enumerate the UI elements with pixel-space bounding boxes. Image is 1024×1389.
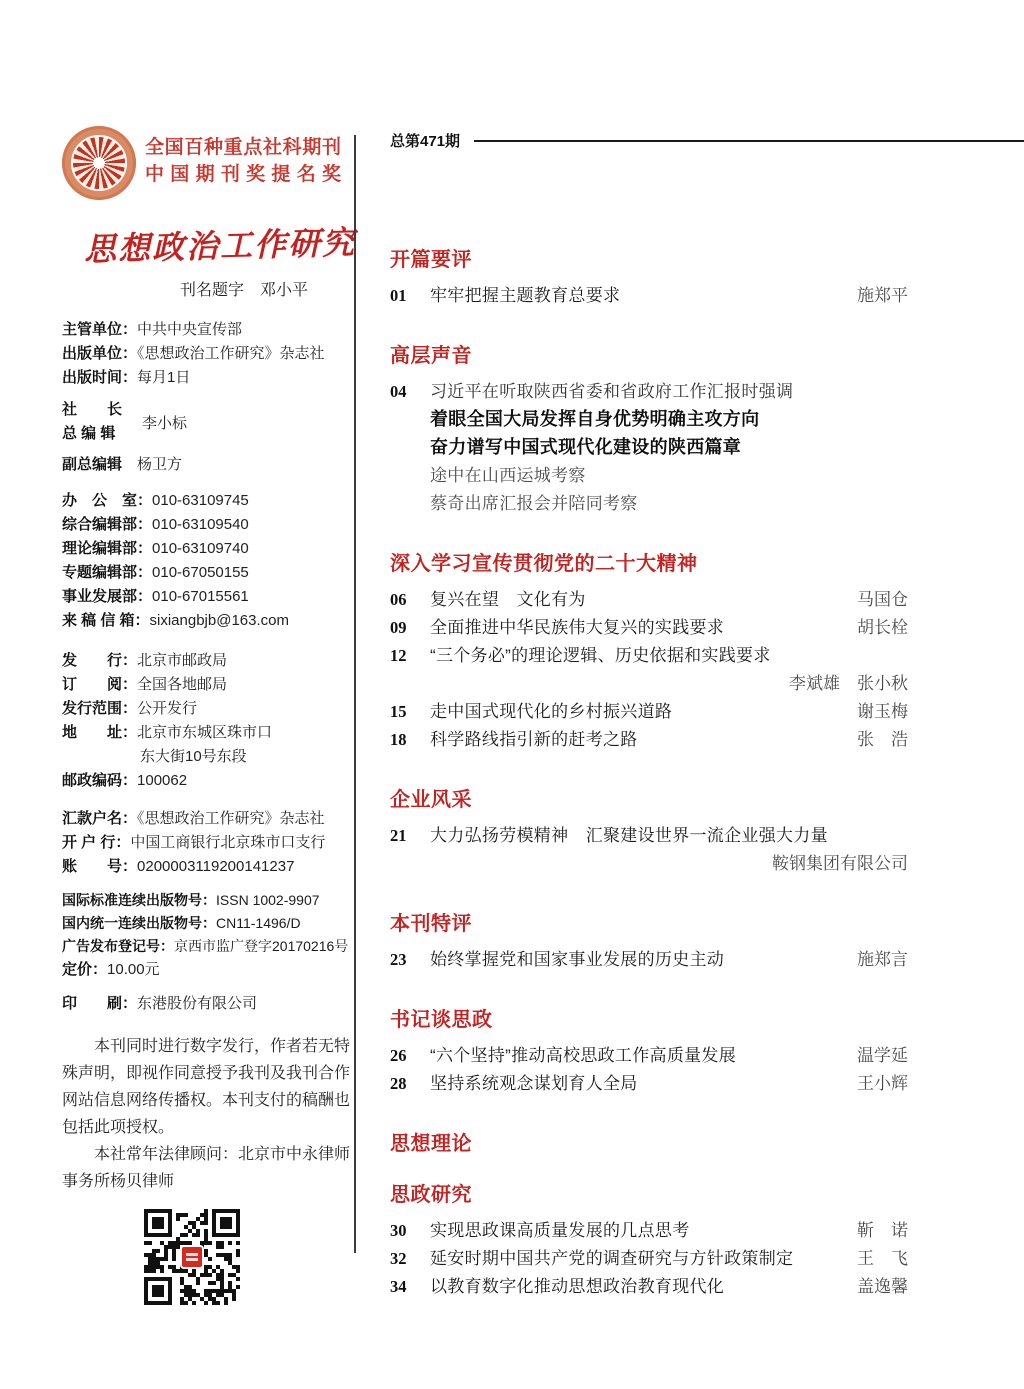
toc-entry[interactable]: 34以教育数字化推动思想政治教育现代化盖逸馨 xyxy=(390,1272,908,1300)
masthead-top: 全国百种重点社科期刊 中国期刊奖提名奖 xyxy=(62,126,350,200)
info-row: 发 行：北京市邮政局 xyxy=(62,649,350,673)
admin-info-group: 主管单位：中共中央宣传部 出版单位：《思想政治工作研究》杂志社 出版时间：每月1… xyxy=(62,318,350,390)
bank-group: 汇款户名：《思想政治工作研究》杂志社 开 户 行：中国工商银行北京珠市口支行 账… xyxy=(62,807,350,879)
article-title: 坚持系统观念谋划育人全局 xyxy=(430,1069,845,1094)
article-title: 以教育数字化推动思想政治教育现代化 xyxy=(430,1272,845,1297)
article-author: 鞍钢集团有限公司 xyxy=(772,849,908,874)
article-author: 张 浩 xyxy=(857,725,908,750)
price-row: 定价：10.00元 xyxy=(62,958,350,982)
page-number: 23 xyxy=(390,950,430,970)
section-heading: 思想理论 xyxy=(390,1127,908,1156)
section-heading: 思政研究 xyxy=(390,1178,908,1207)
article-author: 靳 诺 xyxy=(857,1216,908,1241)
page-number: 30 xyxy=(390,1221,430,1241)
info-row: 理论编辑部：010-63109740 xyxy=(62,537,350,561)
qr-code xyxy=(144,1209,240,1305)
page-number: 12 xyxy=(390,646,430,666)
role-chief-editor: 总 编 辑 xyxy=(62,422,122,446)
section-enterprise: 企业风采 21大力弘扬劳模精神 汇聚建设世界一流企业强大力量 鞍钢集团有限公司 xyxy=(390,783,908,877)
toc-entry[interactable]: 15走中国式现代化的乡村振兴道路谢玉梅 xyxy=(390,697,908,725)
article-title: 始终掌握党和国家事业发展的历史主动 xyxy=(430,945,845,970)
article-title: 实现思政课高质量发展的几点思考 xyxy=(430,1216,845,1241)
section-ideological-theory: 思想理论 xyxy=(390,1127,908,1156)
info-row: 事业发展部：010-67015561 xyxy=(62,585,350,609)
article-title: 全面推进中华民族伟大复兴的实践要求 xyxy=(430,613,845,638)
page-number: 28 xyxy=(390,1074,430,1094)
page-number: 09 xyxy=(390,618,430,638)
award-line-2: 中国期刊奖提名奖 xyxy=(145,161,341,188)
leader-name: 李小标 xyxy=(142,412,187,433)
article-title: 牢牢把握主题教育总要求 xyxy=(430,281,845,306)
legal-counsel-note: 本社常年法律顾问：北京市中永律师事务所杨贝律师 xyxy=(62,1141,350,1195)
section-heading: 高层声音 xyxy=(390,339,908,368)
page-number: 06 xyxy=(390,590,430,610)
toc-entry[interactable]: 奋力谱写中国式现代化建设的陕西篇章 xyxy=(390,433,908,461)
info-row: 开 户 行：中国工商银行北京珠市口支行 xyxy=(62,831,350,855)
deputy-editor-row: 副总编辑 杨卫方 xyxy=(62,453,350,477)
toc-entry[interactable]: 30实现思政课高质量发展的几点思考靳 诺 xyxy=(390,1216,908,1244)
section-opening-review: 开篇要评 01牢牢把握主题教育总要求施郑平 xyxy=(390,243,908,309)
toc-entry[interactable]: 途中在山西运城考察 xyxy=(390,461,908,489)
article-author: 王小辉 xyxy=(857,1069,908,1094)
article-author: 王 飞 xyxy=(857,1244,908,1269)
article-title: 科学路线指引新的赶考之路 xyxy=(430,725,845,750)
toc-entry[interactable]: 04习近平在听取陕西省委和省政府工作汇报时强调 xyxy=(390,377,908,405)
title-credit: 刊名题字 邓小平 xyxy=(62,277,350,300)
article-author: 施郑言 xyxy=(857,945,908,970)
role-president: 社 长 xyxy=(62,398,122,422)
page-number: 04 xyxy=(390,382,430,402)
toc-entry[interactable]: 23始终掌握党和国家事业发展的历史主动施郑言 xyxy=(390,945,908,973)
page-number: 32 xyxy=(390,1249,430,1269)
info-row-continuation: 东大街10号东段 xyxy=(62,745,350,769)
page-number: 26 xyxy=(390,1046,430,1066)
info-row: 汇款户名：《思想政治工作研究》杂志社 xyxy=(62,807,350,831)
article-title: 着眼全国大局发挥自身优势明确主攻方向 xyxy=(430,405,908,431)
info-row: 综合编辑部：010-63109540 xyxy=(62,513,350,537)
article-subnote: 蔡奇出席汇报会并陪同考察 xyxy=(430,489,908,514)
page-number: 01 xyxy=(390,286,430,306)
article-subnote: 途中在山西运城考察 xyxy=(430,461,908,486)
info-row: 主管单位：中共中央宣传部 xyxy=(62,318,350,342)
section-20th-congress-spirit: 深入学习宣传贯彻党的二十大精神 06复兴在望 文化有为马国仓 09全面推进中华民… xyxy=(390,547,908,753)
toc-author-line: 李斌雄 张小秋 xyxy=(390,669,908,697)
info-row: 专题编辑部：010-67050155 xyxy=(62,561,350,585)
article-author: 温学延 xyxy=(857,1041,908,1066)
leadership-group: 社 长 总 编 辑 李小标 xyxy=(62,398,350,446)
toc-author-line: 鞍钢集团有限公司 xyxy=(390,849,908,877)
table-of-contents: 开篇要评 01牢牢把握主题教育总要求施郑平 高层声音 04习近平在听取陕西省委和… xyxy=(390,243,908,1300)
issue-header: 总第471期 xyxy=(390,130,1024,151)
toc-entry[interactable]: 06复兴在望 文化有为马国仓 xyxy=(390,585,908,613)
toc-entry[interactable]: 蔡奇出席汇报会并陪同考察 xyxy=(390,489,908,517)
toc-entry[interactable]: 28坚持系统观念谋划育人全局王小辉 xyxy=(390,1069,908,1097)
section-heading: 开篇要评 xyxy=(390,243,908,272)
article-title: “三个务必”的理论逻辑、历史依据和实践要求 xyxy=(430,641,908,666)
toc-entry[interactable]: 32延安时期中国共产党的调查研究与方针政策制定王 飞 xyxy=(390,1244,908,1272)
info-row: 账 号：0200003119200141237 xyxy=(62,855,350,879)
toc-entry[interactable]: 01牢牢把握主题教育总要求施郑平 xyxy=(390,281,908,309)
toc-entry[interactable]: 21大力弘扬劳模精神 汇聚建设世界一流企业强大力量 xyxy=(390,821,908,849)
digital-rights-note: 本刊同时进行数字发行，作者若无特殊声明，即视作同意授予我刊及我刊合作网站信息网络… xyxy=(62,1033,350,1141)
award-line-1: 全国百种重点社科期刊 xyxy=(145,134,341,161)
article-title: 奋力谱写中国式现代化建设的陕西篇章 xyxy=(430,433,908,459)
toc-entry[interactable]: 18科学路线指引新的赶考之路张 浩 xyxy=(390,725,908,753)
award-seal-icon xyxy=(62,126,136,200)
section-secretaries-on-ideology: 书记谈思政 26“六个坚持”推动高校思政工作高质量发展温学延 28坚持系统观念谋… xyxy=(390,1003,908,1097)
toc-column: 总第471期 开篇要评 01牢牢把握主题教育总要求施郑平 高层声音 04习近平在… xyxy=(390,130,1024,1300)
article-author: 盖逸馨 xyxy=(857,1272,908,1297)
legal-notes: 本刊同时进行数字发行，作者若无特殊声明，即视作同意授予我刊及我刊合作网站信息网络… xyxy=(62,1033,350,1195)
article-author: 马国仓 xyxy=(857,585,908,610)
article-title: 大力弘扬劳模精神 汇聚建设世界一流企业强大力量 xyxy=(430,821,908,846)
section-special-review: 本刊特评 23始终掌握党和国家事业发展的历史主动施郑言 xyxy=(390,907,908,973)
info-row: 广告发布登记号：京西市监广登字20170216号 xyxy=(62,935,350,958)
column-divider xyxy=(354,135,356,1253)
article-title: “六个坚持”推动高校思政工作高质量发展 xyxy=(430,1041,845,1066)
article-kicker: 习近平在听取陕西省委和省政府工作汇报时强调 xyxy=(430,377,908,402)
toc-entry[interactable]: 12“三个务必”的理论逻辑、历史依据和实践要求 xyxy=(390,641,908,669)
info-row: 出版时间：每月1日 xyxy=(62,366,350,390)
page-number: 21 xyxy=(390,826,430,846)
article-author: 胡长栓 xyxy=(857,613,908,638)
toc-entry[interactable]: 26“六个坚持”推动高校思政工作高质量发展温学延 xyxy=(390,1041,908,1069)
page-number: 15 xyxy=(390,702,430,722)
distribution-group: 发 行：北京市邮政局 订 阅：全国各地邮局 发行范围：公开发行 地 址：北京市东… xyxy=(62,649,350,793)
issue-number: 总第471期 xyxy=(390,130,460,151)
article-author: 施郑平 xyxy=(857,281,908,306)
section-heading: 书记谈思政 xyxy=(390,1003,908,1032)
article-title: 走中国式现代化的乡村振兴道路 xyxy=(430,697,845,722)
section-heading: 深入学习宣传贯彻党的二十大精神 xyxy=(390,547,908,576)
printer-row: 印 刷：东港股份有限公司 xyxy=(62,992,350,1016)
section-heading: 本刊特评 xyxy=(390,907,908,936)
journal-title-calligraphy: 思想政治工作研究 xyxy=(83,218,350,271)
section-top-voices: 高层声音 04习近平在听取陕西省委和省政府工作汇报时强调 着眼全国大局发挥自身优… xyxy=(390,339,908,517)
award-titles: 全国百种重点社科期刊 中国期刊奖提名奖 xyxy=(145,126,341,188)
masthead-column: 全国百种重点社科期刊 中国期刊奖提名奖 思想政治工作研究 刊名题字 邓小平 主管… xyxy=(62,126,350,1305)
article-author: 李斌雄 张小秋 xyxy=(789,669,908,694)
info-row: 来 稿 信 箱：sixiangbjb@163.com xyxy=(62,609,350,633)
section-heading: 企业风采 xyxy=(390,783,908,812)
page-number: 18 xyxy=(390,730,430,750)
info-row: 发行范围：公开发行 xyxy=(62,697,350,721)
seal-swirl-icon xyxy=(71,135,127,191)
toc-entry[interactable]: 着眼全国大局发挥自身优势明确主攻方向 xyxy=(390,405,908,433)
registration-group: 国际标准连续出版物号：ISSN 1002-9907 国内统一连续出版物号：CN1… xyxy=(62,889,350,982)
qr-center-logo xyxy=(180,1245,204,1269)
article-title: 延安时期中国共产党的调查研究与方针政策制定 xyxy=(430,1244,845,1269)
departments-group: 办 公 室：010-63109745 综合编辑部：010-63109540 理论… xyxy=(62,489,350,633)
article-title: 复兴在望 文化有为 xyxy=(430,585,845,610)
header-rule xyxy=(474,140,1024,142)
info-row: 国际标准连续出版物号：ISSN 1002-9907 xyxy=(62,889,350,912)
info-row: 出版单位：《思想政治工作研究》杂志社 xyxy=(62,342,350,366)
info-row: 邮政编码：100062 xyxy=(62,769,350,793)
section-ideology-research: 思政研究 30实现思政课高质量发展的几点思考靳 诺 32延安时期中国共产党的调查… xyxy=(390,1178,908,1300)
info-row: 国内统一连续出版物号：CN11-1496/D xyxy=(62,912,350,935)
info-row: 办 公 室：010-63109745 xyxy=(62,489,350,513)
toc-entry[interactable]: 09全面推进中华民族伟大复兴的实践要求胡长栓 xyxy=(390,613,908,641)
article-author: 谢玉梅 xyxy=(857,697,908,722)
info-row: 地 址：北京市东城区珠市口 xyxy=(62,721,350,745)
page-number: 34 xyxy=(390,1277,430,1297)
info-row: 订 阅：全国各地邮局 xyxy=(62,673,350,697)
